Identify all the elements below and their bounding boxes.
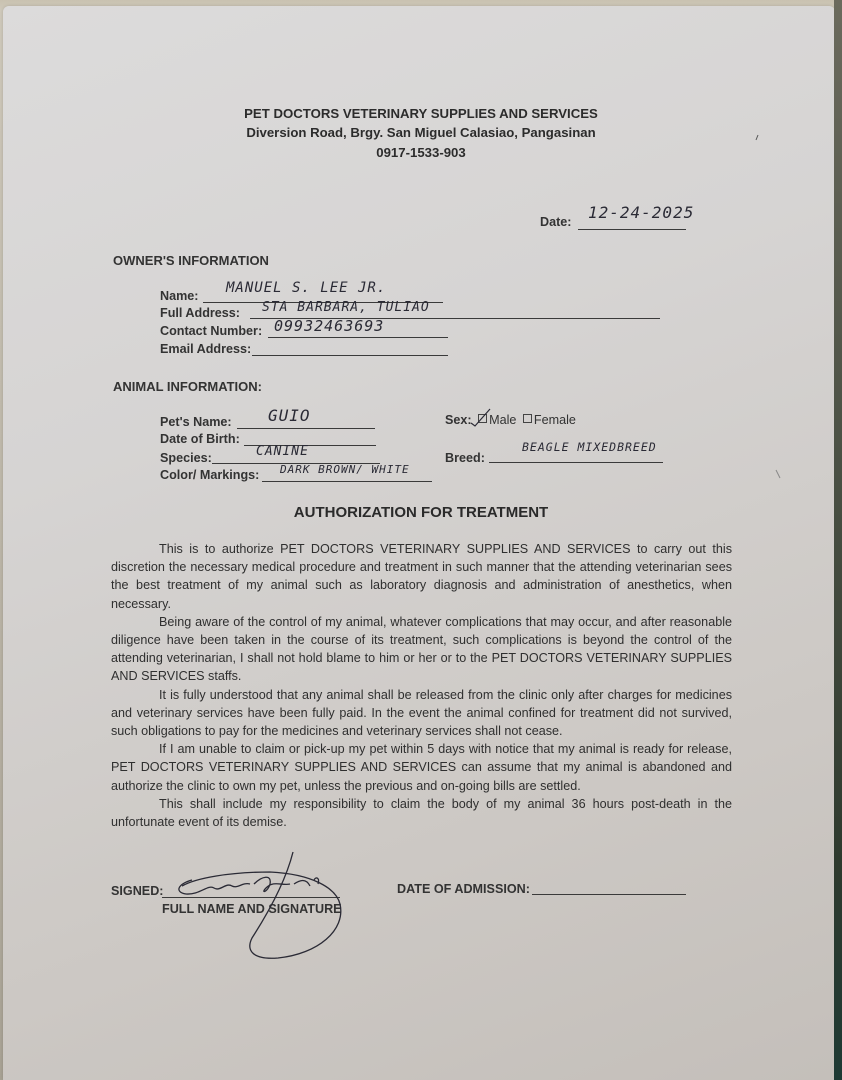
owner-name-value[interactable]: MANUEL S. LEE JR. xyxy=(226,280,386,296)
owner-email-line xyxy=(252,355,448,356)
owner-address-label: Full Address: xyxy=(160,306,240,320)
color-markings-line xyxy=(262,481,432,482)
business-phone: 0917-1533-903 xyxy=(0,145,842,160)
authorization-paragraph: This is to authorize PET DOCTORS VETERIN… xyxy=(111,540,732,613)
owner-section-title: OWNER'S INFORMATION xyxy=(113,253,269,268)
authorization-paragraph: If I am unable to claim or pick-up my pe… xyxy=(111,740,732,795)
date-value[interactable]: 12-24-2025 xyxy=(588,203,694,222)
pet-name-value[interactable]: GUIO xyxy=(268,406,311,425)
pet-name-label: Pet's Name: xyxy=(160,415,232,429)
owner-email-label: Email Address: xyxy=(160,342,251,356)
authorization-paragraph: This shall include my responsibility to … xyxy=(111,795,732,831)
authorization-body: This is to authorize PET DOCTORS VETERIN… xyxy=(111,540,732,831)
color-markings-value[interactable]: DARK BROWN/ WHITE xyxy=(280,463,410,476)
sex-field: Sex: Male Female xyxy=(445,413,576,427)
authorization-paragraph: It is fully understood that any animal s… xyxy=(111,686,732,741)
animal-section-title: ANIMAL INFORMATION: xyxy=(113,379,262,394)
signature-caption: FULL NAME AND SIGNATURE xyxy=(162,902,342,916)
business-name: PET DOCTORS VETERINARY SUPPLIES AND SERV… xyxy=(0,106,842,121)
date-of-admission-line xyxy=(532,894,686,895)
species-value[interactable]: CANINE xyxy=(256,444,309,459)
signature-line xyxy=(162,897,340,898)
owner-contact-value[interactable]: 09932463693 xyxy=(274,317,384,335)
date-label: Date: xyxy=(540,215,572,229)
sex-male-option: Male xyxy=(489,413,516,427)
owner-contact-line xyxy=(268,337,448,338)
date-line xyxy=(578,229,686,230)
sex-label: Sex: xyxy=(445,413,472,427)
species-label: Species: xyxy=(160,451,212,465)
sex-female-checkbox[interactable] xyxy=(523,414,532,423)
sex-male-checkbox[interactable] xyxy=(478,414,487,423)
breed-value[interactable]: BEAGLE MIXEDBREED xyxy=(522,440,657,454)
breed-line xyxy=(489,462,663,463)
breed-label: Breed: xyxy=(445,451,485,465)
sex-female-option: Female xyxy=(534,413,576,427)
date-of-admission-label: DATE OF ADMISSION: xyxy=(397,882,530,896)
signed-label: SIGNED: xyxy=(111,884,163,898)
business-address: Diversion Road, Brgy. San Miguel Calasia… xyxy=(0,125,842,140)
dob-label: Date of Birth: xyxy=(160,432,240,446)
authorization-paragraph: Being aware of the control of my animal,… xyxy=(111,613,732,686)
background-edge xyxy=(834,0,842,1080)
owner-address-value[interactable]: STA BARBARA, TULIAO xyxy=(262,300,430,315)
color-markings-label: Color/ Markings: xyxy=(160,468,259,482)
pet-name-line xyxy=(237,428,375,429)
owner-name-label: Name: xyxy=(160,289,199,303)
authorization-title: AUTHORIZATION FOR TREATMENT xyxy=(0,504,842,521)
owner-contact-label: Contact Number: xyxy=(160,324,262,338)
